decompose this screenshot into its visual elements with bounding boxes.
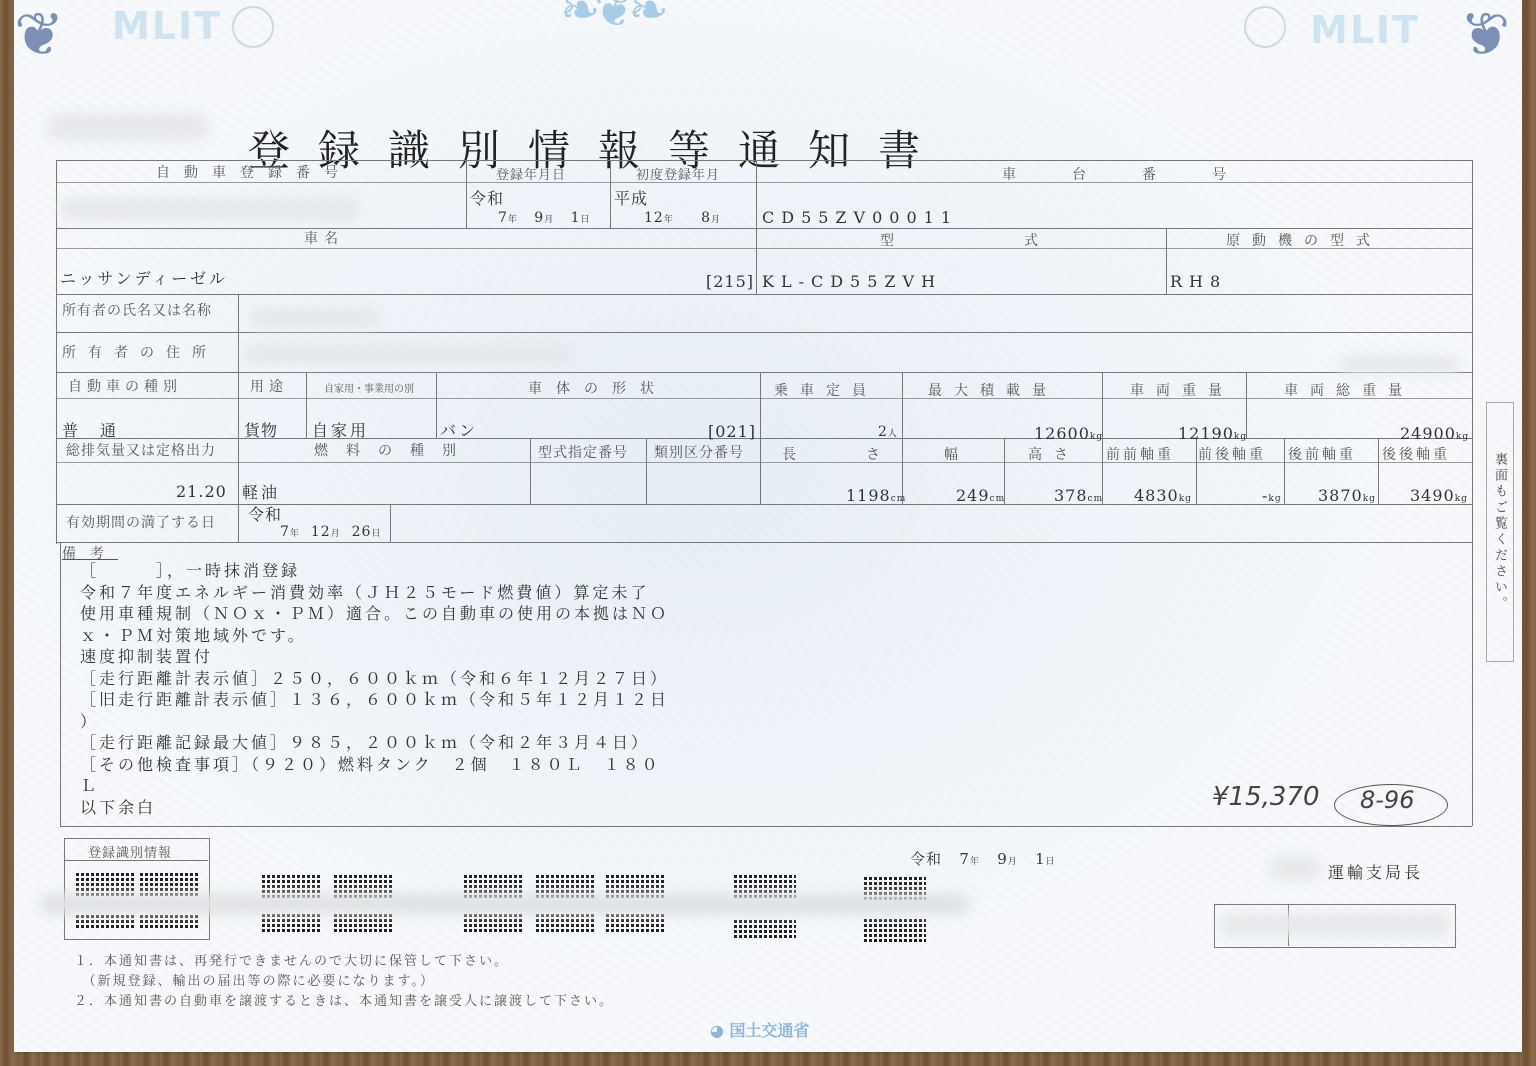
label-expiry: 有効期間の満了する日: [66, 512, 216, 532]
qr-code: [76, 872, 134, 896]
label-fuel: 燃料の種別: [314, 440, 474, 460]
gross-weight: 24900kg: [1400, 424, 1469, 443]
document-title: 登録識別情報等通知書: [248, 118, 948, 178]
label-fr-axle: 前後軸重: [1198, 444, 1266, 464]
car-name-code: [215]: [706, 272, 754, 291]
car-name: ニッサンディーゼル: [60, 266, 228, 289]
redacted-reg-number: [60, 198, 360, 220]
redacted: [48, 114, 208, 140]
rf-axle: 3870kg: [1318, 486, 1376, 505]
label-capacity: 乗車定員: [774, 380, 878, 400]
label-private-business: 自家用・事業用の別: [324, 380, 414, 395]
handwritten-circled: 8-96: [1360, 786, 1414, 814]
label-engine-model: 原動機の型式: [1226, 230, 1382, 250]
label-displacement: 総排気量又は定格出力: [66, 440, 216, 460]
first-reg-date: 12年 8月: [644, 210, 721, 226]
qr-code: [464, 914, 522, 932]
footer-note-1: １．本通知書は、再発行できませんので大切に保管して下さい。: [74, 950, 509, 969]
qr-code: [262, 914, 320, 932]
reg-date-era: 令和: [470, 186, 504, 209]
length: 1198cm: [846, 486, 906, 505]
body-shape: バン: [440, 418, 478, 441]
reg-date: 7年 9月 1日: [498, 210, 591, 226]
label-type-designation: 型式指定番号: [538, 442, 628, 462]
fuel: 軽油: [242, 480, 280, 503]
mlit-logo-right: MLIT: [1310, 8, 1420, 52]
vehicle-weight: 12190kg: [1178, 424, 1247, 443]
ornament-flourish-icon: ❦: [1460, 0, 1510, 70]
width: 249cm: [956, 486, 1005, 505]
label-ff-axle: 前前軸重: [1106, 444, 1174, 464]
max-load: 12600kg: [1034, 424, 1103, 443]
redacted-owner-name: [250, 308, 380, 328]
qr-code: [864, 918, 926, 942]
label-height: 高さ: [1028, 444, 1080, 464]
mlit-logo-icon: ◕: [710, 1021, 724, 1040]
label-reg-date: 登録年月日: [496, 164, 566, 183]
footer-note-1-sub: （新規登録、輸出の届出等の際に必要になります。）: [74, 970, 435, 989]
qr-code: [334, 914, 392, 932]
chassis-no: CD55ZV00011: [762, 208, 958, 227]
qr-code: [734, 918, 796, 938]
label-chassis-no: 車台番号: [1002, 164, 1282, 184]
issuer: 運輸支局長: [1328, 860, 1423, 883]
height: 378cm: [1054, 486, 1103, 505]
label-width: 幅: [944, 444, 964, 464]
label-vehicle-class: 自動車の種別: [68, 376, 182, 396]
ff-axle: 4830kg: [1134, 486, 1192, 505]
label-model: 型式: [880, 230, 1168, 250]
redacted-owner-address: [244, 344, 574, 364]
vehicle-class: 普 通: [62, 418, 119, 441]
qr-code: [140, 914, 198, 928]
rr-axle: 3490kg: [1410, 486, 1468, 505]
remarks-text: ［ ］，一時抹消登録令和７年度エネルギー消費効率（ＪＨ２５モード燃費値）算定未了…: [80, 560, 669, 818]
emblem-icon: [232, 6, 274, 48]
private-business: 自家用: [312, 418, 369, 441]
ministry-footer: ◕ 国土交通省: [710, 1018, 810, 1041]
label-max-load: 最大積載量: [928, 380, 1058, 400]
engine-model: RH8: [1170, 272, 1227, 291]
redacted-seal: [1220, 914, 1450, 936]
label-vehicle-weight: 車両重量: [1130, 380, 1234, 400]
body-shape-code: [021]: [708, 422, 756, 441]
side-note: 裏面もご覧ください。: [1490, 452, 1509, 612]
handwritten-amount: ¥15,370: [1212, 782, 1320, 812]
redacted-issuer: [1270, 856, 1320, 880]
fr-axle: -kg: [1262, 486, 1282, 505]
label-car-name: 車名: [304, 228, 344, 248]
label-rf-axle: 後前軸重: [1288, 444, 1356, 464]
issue-date: 令和 7年 9月 1日: [910, 848, 1056, 869]
mlit-logo-left: MLIT: [112, 4, 222, 48]
qr-code: [606, 914, 664, 932]
displacement: 21.20: [176, 482, 227, 501]
usage: 貨物: [244, 418, 278, 441]
label-usage: 用途: [250, 376, 288, 396]
label-reg-number: 自動車登録番号: [156, 162, 352, 182]
model: KL-CD55ZVH: [762, 272, 942, 291]
label-length: 長さ: [782, 444, 950, 464]
qr-code: [140, 872, 198, 896]
qr-code: [76, 914, 134, 928]
expiry-era: 令和: [248, 502, 282, 525]
emblem-icon: [1244, 6, 1286, 48]
label-first-reg: 初度登録年月: [636, 164, 720, 183]
label-body-shape: 車体の形状: [528, 378, 668, 398]
first-reg-era: 平成: [614, 186, 648, 209]
qr-code: [536, 914, 594, 932]
label-rr-axle: 後後軸重: [1382, 444, 1450, 464]
ornament-flourish-icon: ❦: [14, 0, 64, 70]
label-owner-name: 所有者の氏名又は名称: [62, 300, 212, 320]
capacity: 2人: [878, 424, 898, 440]
label-gross-weight: 車両総重量: [1284, 380, 1414, 400]
label-owner-address: 所有者の住所: [62, 342, 218, 362]
label-category-number: 類別区分番号: [654, 442, 744, 462]
expiry-date: 7年 12月 26日: [280, 524, 381, 540]
qr-label: 登録識別情報: [88, 842, 172, 861]
redacted: [1340, 356, 1460, 374]
ornament-flourish-icon: ❧❦❧: [560, 0, 663, 38]
footer-note-2: ２．本通知書の自動車を譲渡するときは、本通知書を譲受人に譲渡して下さい。: [74, 990, 614, 1009]
redacted-band: [40, 894, 970, 914]
